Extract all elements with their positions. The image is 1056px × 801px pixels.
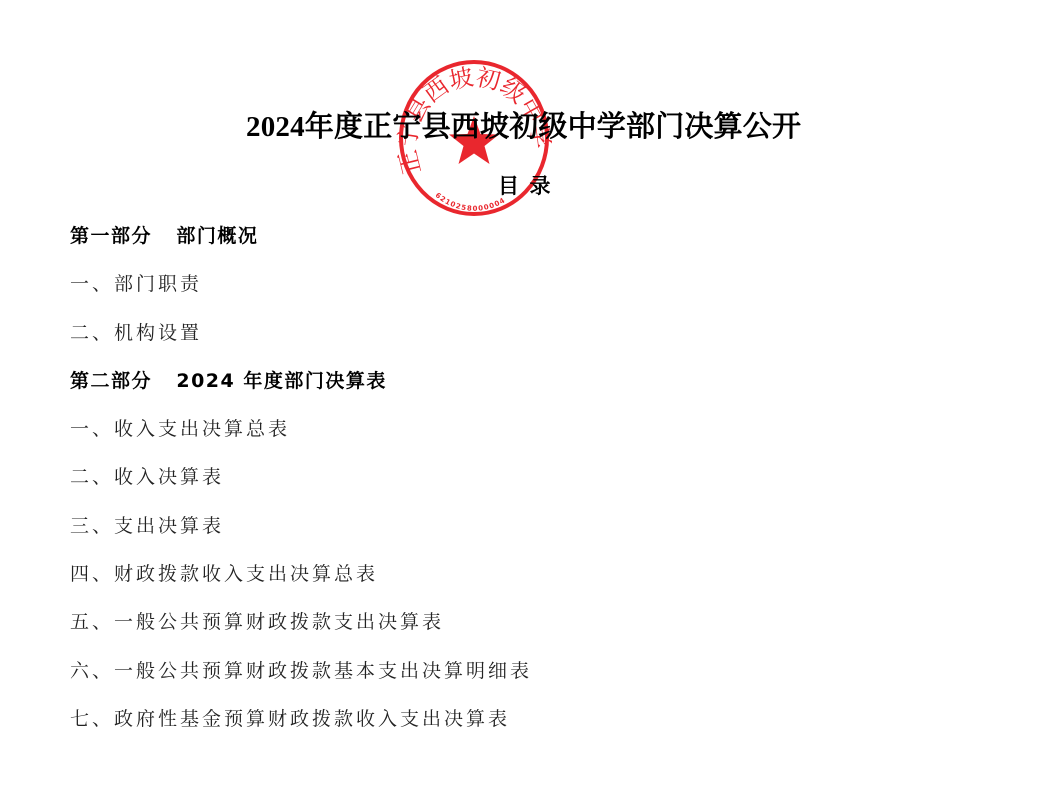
document-page: 2024年度正宁县西坡初级中学部门决算公开 目 录 第一部分 部门概况 一、部门… [0,0,1056,801]
toc-item[interactable]: 七、政府性基金预算财政拨款收入支出决算表 [70,703,532,751]
seal-code-text: 6210258000004 [434,191,507,213]
toc-part-2[interactable]: 第二部分 2024 年度部门决算表 [70,365,532,413]
toc-item[interactable]: 五、一般公共预算财政拨款支出决算表 [70,606,532,654]
toc-item[interactable]: 一、部门职责 [70,268,532,316]
toc-item[interactable]: 二、收入决算表 [70,461,532,509]
toc-item[interactable]: 三、支出决算表 [70,510,532,558]
document-title: 2024年度正宁县西坡初级中学部门决算公开 [246,108,812,146]
toc-item[interactable]: 一、收入支出决算总表 [70,413,532,461]
toc-part-1[interactable]: 第一部分 部门概况 [70,220,532,268]
toc-item[interactable]: 六、一般公共预算财政拨款基本支出决算明细表 [70,655,532,703]
svg-text:6210258000004: 6210258000004 [434,191,507,213]
toc-heading: 目 录 [498,172,551,200]
table-of-contents: 第一部分 部门概况 一、部门职责 二、机构设置 第二部分 2024 年度部门决算… [70,220,532,751]
toc-item[interactable]: 四、财政拨款收入支出决算总表 [70,558,532,606]
toc-item[interactable]: 二、机构设置 [70,317,532,365]
